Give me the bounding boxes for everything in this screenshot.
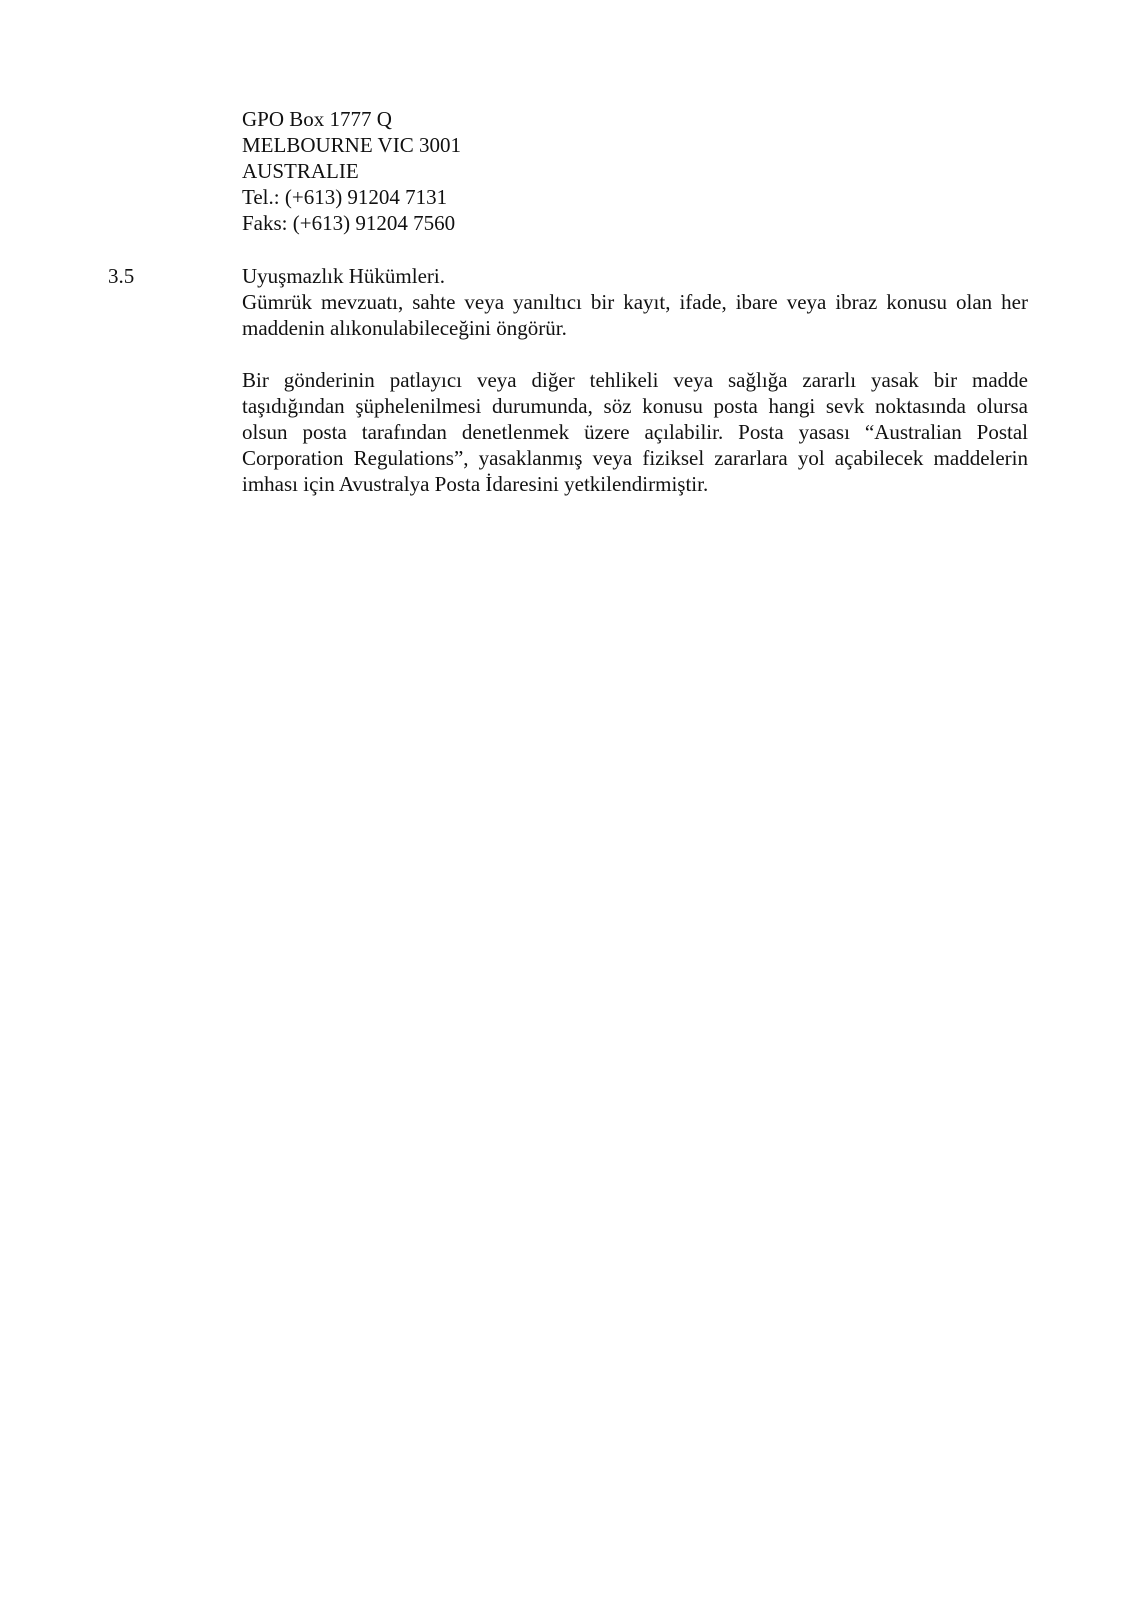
postal-address: GPO Box 1777 Q MELBOURNE VIC 3001 AUSTRA… [242,106,461,236]
address-line-country: AUSTRALIE [242,158,461,184]
address-line-city: MELBOURNE VIC 3001 [242,132,461,158]
address-line-fax: Faks: (+613) 91204 7560 [242,210,461,236]
paragraph-inspection: Bir gönderinin patlayıcı veya diğer tehl… [242,367,1028,497]
section-body: Uyuşmazlık Hükümleri. Gümrük mevzuatı, s… [242,263,1028,497]
section-number: 3.5 [108,263,134,289]
address-line-phone: Tel.: (+613) 91204 7131 [242,184,461,210]
paragraph-customs: Gümrük mevzuatı, sahte veya yanıltıcı bi… [242,289,1028,341]
address-line-po-box: GPO Box 1777 Q [242,106,461,132]
section-title: Uyuşmazlık Hükümleri. [242,263,1028,289]
